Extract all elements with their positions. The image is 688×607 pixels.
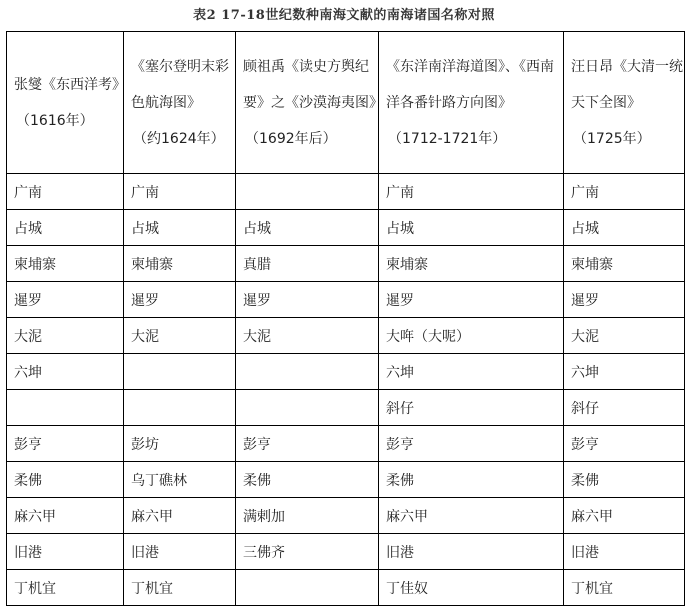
table-cell: 麻六甲 bbox=[564, 498, 685, 534]
table-row: 丁机宜丁机宜丁佳奴丁机宜 bbox=[7, 570, 685, 606]
table-cell: 柬埔寨 bbox=[379, 246, 564, 282]
table-cell: 斜仔 bbox=[379, 390, 564, 426]
column-header: 顾祖禹《读史方舆纪要》之《沙漠海夷图》（1692年后） bbox=[236, 32, 379, 174]
table-cell: 广南 bbox=[7, 174, 124, 210]
table-row: 柔佛乌丁礁林柔佛柔佛柔佛 bbox=[7, 462, 685, 498]
table-cell: 占城 bbox=[236, 210, 379, 246]
table-cell: 占城 bbox=[564, 210, 685, 246]
table-cell: 柔佛 bbox=[564, 462, 685, 498]
header-row: 张燮《东西洋考》（1616年） 《塞尔登明末彩色航海图》（约1624年） 顾祖禹… bbox=[7, 32, 685, 174]
table-cell: 六坤 bbox=[7, 354, 124, 390]
name-comparison-table: 张燮《东西洋考》（1616年） 《塞尔登明末彩色航海图》（约1624年） 顾祖禹… bbox=[6, 31, 685, 606]
source-title: 《东洋南洋海道图》、《西南洋各番针路方向图》 bbox=[386, 59, 554, 111]
table-cell: 暹罗 bbox=[124, 282, 236, 318]
table-cell: 彭亨 bbox=[379, 426, 564, 462]
table-cell: 旧港 bbox=[7, 534, 124, 570]
source-year: （1725年） bbox=[571, 121, 684, 157]
table-cell bbox=[124, 354, 236, 390]
table-cell: 丁佳奴 bbox=[379, 570, 564, 606]
table-cell: 暹罗 bbox=[236, 282, 379, 318]
table-cell bbox=[236, 570, 379, 606]
table-cell bbox=[7, 390, 124, 426]
column-header: 汪日昂《大清一统天下全图》（1725年） bbox=[564, 32, 685, 174]
table-cell: 六坤 bbox=[564, 354, 685, 390]
table-cell: 广南 bbox=[379, 174, 564, 210]
table-row: 麻六甲麻六甲满剌加麻六甲麻六甲 bbox=[7, 498, 685, 534]
table-cell: 暹罗 bbox=[564, 282, 685, 318]
table-cell: 丁机宜 bbox=[564, 570, 685, 606]
table-cell: 大泥 bbox=[124, 318, 236, 354]
table-cell: 乌丁礁林 bbox=[124, 462, 236, 498]
table-cell: 广南 bbox=[564, 174, 685, 210]
source-title: 汪日昂《大清一统天下全图》 bbox=[571, 59, 683, 111]
table-cell: 柬埔寨 bbox=[124, 246, 236, 282]
table-cell: 旧港 bbox=[379, 534, 564, 570]
source-title: 张燮《东西洋考》 bbox=[14, 77, 126, 93]
table-cell: 彭亨 bbox=[7, 426, 124, 462]
table-cell: 占城 bbox=[7, 210, 124, 246]
table-row: 大泥大泥大泥大哖（大呢）大泥 bbox=[7, 318, 685, 354]
table-cell: 暹罗 bbox=[7, 282, 124, 318]
table-cell: 柬埔寨 bbox=[7, 246, 124, 282]
table-row: 广南广南广南广南 bbox=[7, 174, 685, 210]
table-cell: 柔佛 bbox=[7, 462, 124, 498]
table-cell: 六坤 bbox=[379, 354, 564, 390]
table-row: 旧港旧港三佛齐旧港旧港 bbox=[7, 534, 685, 570]
table-cell: 斜仔 bbox=[564, 390, 685, 426]
table-row: 斜仔斜仔 bbox=[7, 390, 685, 426]
table-cell: 丁机宜 bbox=[124, 570, 236, 606]
table-cell: 大泥 bbox=[236, 318, 379, 354]
table-cell: 广南 bbox=[124, 174, 236, 210]
table-row: 占城占城占城占城占城 bbox=[7, 210, 685, 246]
table-cell: 旧港 bbox=[564, 534, 685, 570]
table-cell: 彭亨 bbox=[564, 426, 685, 462]
table-cell: 丁机宜 bbox=[7, 570, 124, 606]
table-cell: 旧港 bbox=[124, 534, 236, 570]
table-cell: 柬埔寨 bbox=[564, 246, 685, 282]
source-title: 《塞尔登明末彩色航海图》 bbox=[131, 59, 229, 111]
table-row: 六坤六坤六坤 bbox=[7, 354, 685, 390]
table-cell: 占城 bbox=[124, 210, 236, 246]
column-header: 《东洋南洋海道图》、《西南洋各番针路方向图》（1712-1721年） bbox=[379, 32, 564, 174]
table-cell: 占城 bbox=[379, 210, 564, 246]
source-title: 顾祖禹《读史方舆纪要》之《沙漠海夷图》 bbox=[243, 59, 383, 111]
table-cell: 麻六甲 bbox=[379, 498, 564, 534]
table-cell bbox=[236, 354, 379, 390]
table-cell bbox=[124, 390, 236, 426]
table-cell: 真腊 bbox=[236, 246, 379, 282]
table-cell: 满剌加 bbox=[236, 498, 379, 534]
table-cell: 大泥 bbox=[564, 318, 685, 354]
table-cell: 大哖（大呢） bbox=[379, 318, 564, 354]
table-cell: 柔佛 bbox=[379, 462, 564, 498]
table-cell: 彭亨 bbox=[236, 426, 379, 462]
source-year: （1712-1721年） bbox=[386, 121, 563, 157]
column-header: 张燮《东西洋考》（1616年） bbox=[7, 32, 124, 174]
table-cell: 麻六甲 bbox=[7, 498, 124, 534]
source-year: （1692年后） bbox=[243, 121, 378, 157]
table-cell: 三佛齐 bbox=[236, 534, 379, 570]
table-cell bbox=[236, 390, 379, 426]
table-row: 彭亨彭坊彭亨彭亨彭亨 bbox=[7, 426, 685, 462]
table-row: 柬埔寨柬埔寨真腊柬埔寨柬埔寨 bbox=[7, 246, 685, 282]
table-cell: 暹罗 bbox=[379, 282, 564, 318]
table-row: 暹罗暹罗暹罗暹罗暹罗 bbox=[7, 282, 685, 318]
table-cell: 彭坊 bbox=[124, 426, 236, 462]
table-caption: 表2 17-18世纪数种南海文献的南海诸国名称对照 bbox=[0, 4, 688, 23]
source-year: （1616年） bbox=[14, 103, 123, 139]
table-cell: 柔佛 bbox=[236, 462, 379, 498]
table-cell: 大泥 bbox=[7, 318, 124, 354]
table-cell bbox=[236, 174, 379, 210]
table-cell: 麻六甲 bbox=[124, 498, 236, 534]
column-header: 《塞尔登明末彩色航海图》（约1624年） bbox=[124, 32, 236, 174]
source-year: （约1624年） bbox=[131, 121, 235, 157]
